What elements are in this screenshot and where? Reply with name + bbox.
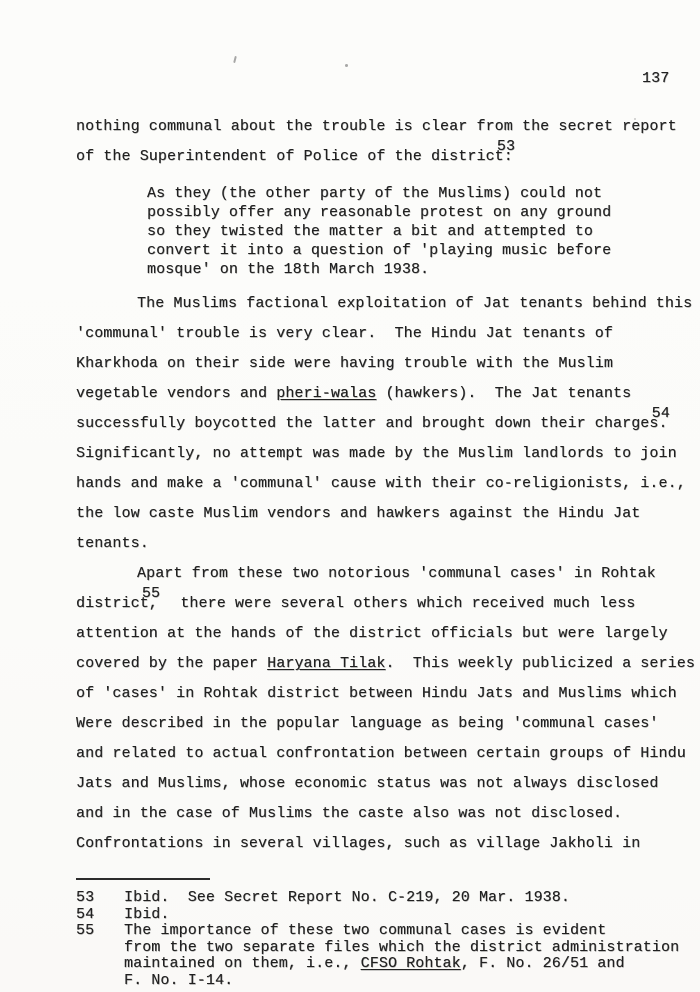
text-segment: maintained on them, i.e., — [124, 955, 361, 972]
text-segment: 'communal' trouble is very clear. The Hi… — [76, 325, 613, 342]
text-line: Jats and Muslims, whose economic status … — [76, 769, 686, 799]
text-segment: . This weekly publicized a series — [385, 655, 694, 672]
footnote-line: The importance of these two communal cas… — [124, 923, 686, 940]
footnote-block: 53Ibid. See Secret Report No. C-219, 20 … — [76, 890, 686, 989]
text-segment: Ibid. — [124, 906, 170, 923]
text-line: 'communal' trouble is very clear. The Hi… — [76, 319, 686, 349]
text-segment: Apart from these two notorious 'communal… — [137, 565, 656, 582]
footnote-ref: 54 — [652, 405, 670, 422]
text-segment: , F. No. 26/51 and — [461, 955, 625, 972]
footnote: 54Ibid. — [76, 907, 686, 924]
text-segment: successfully boycotted the latter and br… — [76, 415, 668, 432]
footnote-ref: 55 — [142, 585, 160, 602]
underlined-text: Haryana Tilak — [267, 655, 385, 672]
footnote-number: 55 — [76, 923, 124, 989]
text-line: hands and make a 'communal' cause with t… — [76, 469, 686, 499]
quote-line: so they twisted the matter a bit and att… — [147, 222, 686, 241]
footnote-number: 53 — [76, 890, 124, 907]
footnote-line: from the two separate files which the di… — [124, 940, 686, 957]
text-segment: tenants. — [76, 535, 149, 552]
text-segment: covered by the paper — [76, 655, 267, 672]
text-line: nothing communal about the trouble is cl… — [76, 112, 686, 142]
text-line: the low caste Muslim vendors and hawkers… — [76, 499, 686, 529]
text-segment: there were several others which received… — [162, 595, 635, 612]
text-line: of 'cases' in Rohtak district between Hi… — [76, 679, 686, 709]
text-line: Significantly, no attempt was made by th… — [76, 439, 686, 469]
footnote-ref: 53 — [497, 138, 515, 155]
text-segment: so they twisted the matter a bit and att… — [147, 223, 593, 240]
text-line: covered by the paper Haryana Tilak. This… — [76, 649, 686, 679]
text-segment: and in the case of Muslims the caste als… — [76, 805, 622, 822]
scan-speck — [634, 118, 636, 120]
text-line: attention at the hands of the district o… — [76, 619, 686, 649]
footnote-line: Ibid. See Secret Report No. C-219, 20 Ma… — [124, 890, 686, 907]
text-segment: convert it into a question of 'playing m… — [147, 242, 611, 259]
text-segment: hands and make a 'communal' cause with t… — [76, 475, 686, 492]
footnote-separator — [76, 878, 210, 880]
text-line: and in the case of Muslims the caste als… — [76, 799, 686, 829]
text-segment: nothing communal about the trouble is cl… — [76, 118, 677, 135]
text-segment: Jats and Muslims, whose economic status … — [76, 775, 659, 792]
text-segment: vegetable vendors and — [76, 385, 276, 402]
text-segment: Kharkhoda on their side were having trou… — [76, 355, 613, 372]
text-segment: F. No. I-14. — [124, 972, 233, 989]
quote-line: convert it into a question of 'playing m… — [147, 241, 686, 260]
text-segment: As they (the other party of the Muslims)… — [147, 185, 602, 202]
text-line: tenants. — [76, 529, 686, 559]
text-line: of the Superintendent of Police of the d… — [76, 142, 686, 172]
text-line: Confrontations in several villages, such… — [76, 829, 686, 859]
footnote: 55The importance of these two communal c… — [76, 923, 686, 989]
text-segment: The importance of these two communal cas… — [124, 922, 606, 939]
underlined-text: CFSO Rohtak — [361, 955, 461, 972]
underlined-text: pheri-walas — [276, 385, 376, 402]
text-segment: possibly offer any reasonable protest on… — [147, 204, 611, 221]
footnote-text: The importance of these two communal cas… — [124, 923, 686, 989]
quote-line: mosque' on the 18th March 1938. — [147, 260, 686, 279]
text-line: Kharkhoda on their side were having trou… — [76, 349, 686, 379]
text-line: Apart from these two notorious 'communal… — [76, 559, 686, 589]
text-segment: Significantly, no attempt was made by th… — [76, 445, 677, 462]
text-segment: The Muslims factional exploitation of Ja… — [137, 295, 692, 312]
footnote-text: Ibid. — [124, 907, 686, 924]
text-segment: of 'cases' in Rohtak district between Hi… — [76, 685, 677, 702]
text-line: The Muslims factional exploitation of Ja… — [76, 289, 686, 319]
text-segment: attention at the hands of the district o… — [76, 625, 668, 642]
footnote-line: maintained on them, i.e., CFSO Rohtak, F… — [124, 956, 686, 973]
scan-speck — [345, 64, 348, 67]
text-line: successfully boycotted the latter and br… — [76, 409, 686, 439]
body-text: nothing communal about the trouble is cl… — [76, 112, 686, 859]
footnote: 53Ibid. See Secret Report No. C-219, 20 … — [76, 890, 686, 907]
text-segment: Confrontations in several villages, such… — [76, 835, 640, 852]
text-segment: (hawkers). The Jat tenants — [376, 385, 631, 402]
document-page: 137 nothing communal about the trouble i… — [0, 0, 700, 992]
footnote-text: Ibid. See Secret Report No. C-219, 20 Ma… — [124, 890, 686, 907]
text-line: district,55 there were several others wh… — [76, 589, 686, 619]
quote-line: As they (the other party of the Muslims)… — [147, 184, 686, 203]
text-segment: Ibid. See Secret Report No. C-219, 20 Ma… — [124, 889, 570, 906]
text-segment: mosque' on the 18th March 1938. — [147, 261, 429, 278]
text-segment: Were described in the popular language a… — [76, 715, 659, 732]
page-number: 137 — [642, 70, 669, 87]
footnote-number: 54 — [76, 907, 124, 924]
footnote-line: Ibid. — [124, 907, 686, 924]
text-segment: the low caste Muslim vendors and hawkers… — [76, 505, 640, 522]
text-line: and related to actual confrontation betw… — [76, 739, 686, 769]
page-content: nothing communal about the trouble is cl… — [76, 112, 686, 989]
footnote-line: F. No. I-14. — [124, 973, 686, 990]
text-segment: from the two separate files which the di… — [124, 939, 679, 956]
text-line: Were described in the popular language a… — [76, 709, 686, 739]
text-line: vegetable vendors and pheri-walas (hawke… — [76, 379, 686, 409]
quote-line: possibly offer any reasonable protest on… — [147, 203, 686, 222]
scan-speck — [233, 56, 237, 63]
text-segment: and related to actual confrontation betw… — [76, 745, 686, 762]
text-segment: of the Superintendent of Police of the d… — [76, 148, 513, 165]
